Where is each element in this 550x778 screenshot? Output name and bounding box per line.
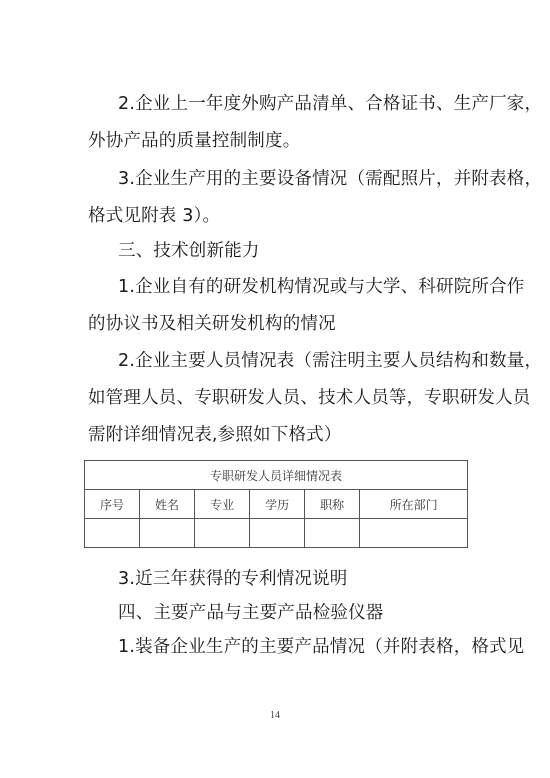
table-cell [305, 519, 360, 548]
paragraph-line: 3.企业生产用的主要设备情况（需配照片，并附表格， [118, 168, 542, 190]
table-cell [360, 519, 468, 548]
table-title: 专职研发人员详细情况表 [85, 461, 468, 490]
table-cell [140, 519, 195, 548]
table-row [85, 519, 468, 548]
paragraph-line: 需附详细情况表,参照如下格式） [88, 424, 342, 446]
header-cell-major: 专业 [195, 490, 250, 519]
table-cell [250, 519, 305, 548]
paragraph-line: 1.企业自有的研发机构情况或与大学、科研院所合作 [118, 276, 525, 298]
paragraph-line: 格式见附表 3）。 [88, 205, 220, 227]
table-cell [195, 519, 250, 548]
header-cell-name: 姓名 [140, 490, 195, 519]
paragraph-line: 1.装备企业生产的主要产品情况（并附表格，格式见 [118, 636, 525, 658]
section-heading: 三、技术创新能力 [118, 240, 260, 262]
table-cell [85, 519, 140, 548]
paragraph-line: 2.企业上一年度外购产品清单、合格证书、生产厂家， [118, 93, 542, 115]
header-cell-title: 职称 [305, 490, 360, 519]
rd-staff-table: 专职研发人员详细情况表 序号 姓名 专业 学历 职称 所在部门 [84, 460, 468, 548]
page-number: 14 [0, 710, 550, 721]
table-header-row: 序号 姓名 专业 学历 职称 所在部门 [85, 490, 468, 519]
paragraph-line: 的协议书及相关研发机构的情况 [88, 313, 336, 335]
paragraph-line: 2.企业主要人员情况表（需注明主要人员结构和数量， [118, 350, 542, 372]
header-cell-education: 学历 [250, 490, 305, 519]
paragraph-line: 3.近三年获得的专利情况说明 [118, 568, 348, 590]
paragraph-line: 外协产品的质量控制制度。 [88, 130, 300, 152]
header-cell-index: 序号 [85, 490, 140, 519]
header-cell-department: 所在部门 [360, 490, 468, 519]
paragraph-line: 如管理人员、专职研发人员、技术人员等，专职研发人员 [88, 387, 531, 409]
section-heading: 四、主要产品与主要产品检验仪器 [118, 602, 384, 624]
